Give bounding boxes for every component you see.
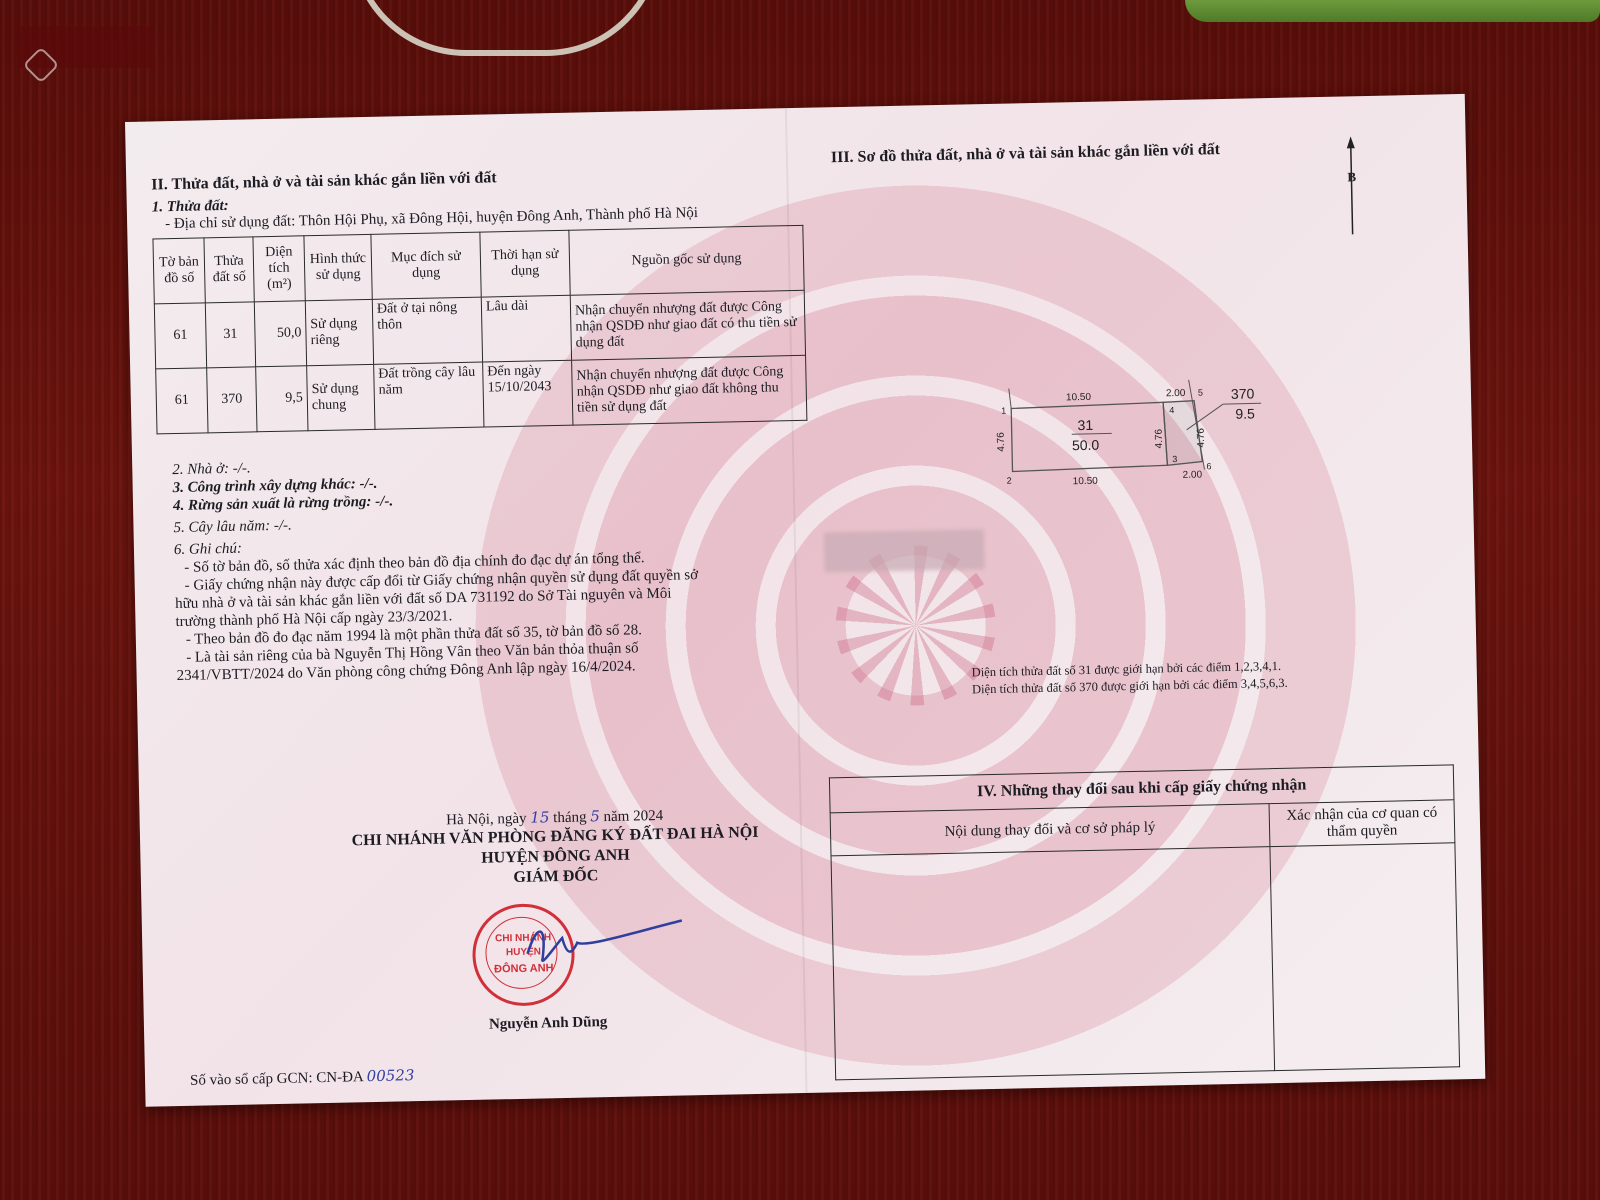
cell: 61 <box>156 368 208 434</box>
col-purpose: Mục đích sử dụng <box>371 232 481 299</box>
date-prefix: Hà Nội, ngày <box>446 811 527 829</box>
section-2-title: II. Thửa đất, nhà ở và tài sản khác gắn … <box>151 169 497 194</box>
changes-table: IV. Những thay đổi sau khi cấp giấy chứn… <box>829 764 1460 1080</box>
parcel-diagram: 31 50.0 370 9.5 10.50 10.50 2.00 2.00 4.… <box>990 367 1333 499</box>
dim: 2.00 <box>1183 470 1203 481</box>
point-label: 1 <box>1001 406 1006 416</box>
cell: Đất trồng cây lâu năm <box>374 362 484 429</box>
cell: Lâu dài <box>481 295 571 362</box>
logo-mark-icon <box>23 47 60 84</box>
registry-label: Số vào sổ cấp GCN: CN-ĐA <box>190 1069 363 1089</box>
dim: 4.76 <box>1154 428 1165 448</box>
col-term: Thời hạn sử dụng <box>480 230 570 297</box>
address-label: - Địa chỉ sử dụng đất: <box>165 213 296 232</box>
green-object <box>1185 0 1600 22</box>
dim: 4.76 <box>1196 428 1207 448</box>
dim: 4.76 <box>996 432 1007 452</box>
cell: Sử dụng riêng <box>305 299 373 365</box>
watermark <box>26 12 54 78</box>
signer-name: Nguyễn Anh Dũng <box>489 1014 608 1033</box>
address-value: Thôn Hội Phụ, xã Đông Hội, huyện Đông An… <box>299 205 699 229</box>
north-arrow-icon: B <box>1341 136 1363 236</box>
section-3-title: III. Sơ đồ thửa đất, nhà ở và tài sản kh… <box>831 141 1220 167</box>
point-label: 6 <box>1206 461 1211 471</box>
point-label: 3 <box>1172 454 1177 464</box>
parcel-descriptions: Diện tích thửa đất số 31 được giới hạn b… <box>972 658 1288 699</box>
signature-block: Hà Nội, ngày 15 tháng 5 năm 2024 CHI NHÁ… <box>335 804 777 892</box>
land-table: Tờ bản đồ số Thửa đất số Diện tích (m²) … <box>152 225 807 435</box>
date-day: 15 <box>530 808 549 826</box>
cell: 9,5 <box>256 366 308 432</box>
parcel-31-number: 31 <box>1077 417 1093 433</box>
col-parcel-no: Thửa đất số <box>204 237 254 303</box>
col-origin: Nguồn gốc sử dụng <box>569 225 804 295</box>
cell: 370 <box>207 367 257 433</box>
handwritten-signature <box>517 910 688 974</box>
col-map-sheet: Tờ bản đồ số <box>153 238 205 304</box>
table-row: 61 370 9,5 Sử dụng chung Đất trồng cây l… <box>156 355 807 434</box>
month-label: tháng <box>553 809 587 826</box>
cell: Nhận chuyển nhượng đất được Công nhận QS… <box>570 290 805 360</box>
items-list: 2. Nhà ở: -/-. 3. Công trình xây dựng kh… <box>172 450 697 685</box>
registry-value: 00523 <box>367 1066 415 1085</box>
col-area: Diện tích (m²) <box>253 236 305 302</box>
cell: 50,0 <box>254 301 306 367</box>
subsection-parcel: 1. Thửa đất: <box>152 198 229 217</box>
north-label: B <box>1347 169 1356 184</box>
date-month: 5 <box>590 807 600 825</box>
change-content-empty <box>831 847 1275 1080</box>
cell: Đến ngày 15/10/2043 <box>483 360 573 427</box>
parcel-370-area: 9.5 <box>1235 405 1255 421</box>
dim: 2.00 <box>1166 388 1186 399</box>
parcel-370-number: 370 <box>1231 385 1255 401</box>
cell: Nhận chuyển nhượng đất được Công nhận QS… <box>572 355 807 425</box>
cell: Đất ở tại nông thôn <box>372 297 482 364</box>
land-certificate: II. Thửa đất, nhà ở và tài sản khác gắn … <box>125 94 1485 1107</box>
cell: Sử dụng chung <box>307 364 375 430</box>
cable <box>350 0 662 56</box>
cell: 31 <box>205 302 255 368</box>
registry-number: Số vào sổ cấp GCN: CN-ĐA 00523 <box>190 1066 415 1090</box>
dim: 10.50 <box>1073 476 1099 488</box>
parcel-31-area: 50.0 <box>1072 437 1100 454</box>
col-form: Hình thức sử dụng <box>304 234 372 300</box>
date-year: năm 2024 <box>603 808 663 825</box>
point-label: 2 <box>1007 476 1012 486</box>
cell: 61 <box>154 303 206 369</box>
point-label: 5 <box>1198 387 1203 397</box>
confirmation-empty <box>1270 843 1460 1071</box>
point-label: 4 <box>1169 405 1174 415</box>
redacted-serial <box>824 529 985 572</box>
col-confirmation: Xác nhận của cơ quan có thẩm quyền <box>1269 800 1455 847</box>
dim: 10.50 <box>1066 392 1092 404</box>
